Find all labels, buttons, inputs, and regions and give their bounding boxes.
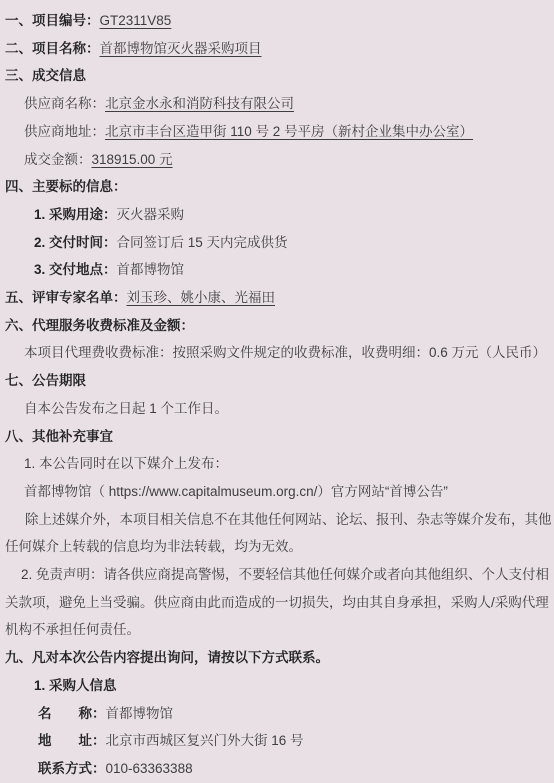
experts-value: 刘玉珍、姚小康、光福田 [127, 290, 276, 305]
media-release-item: 1. 本公告同时在以下媒介上发布： [24, 450, 552, 478]
project-number-row: 一、项目编号：GT2311V85 [5, 7, 552, 35]
notice-period-heading: 七、公告期限 [5, 367, 552, 395]
deal-info-heading: 三、成交信息 [5, 62, 552, 90]
agency-fee-text: 本项目代理费收费标准：按照采购文件规定的收费标准，收费明细：0.6 万元（人民币… [24, 339, 552, 367]
project-number-label: 一、项目编号： [5, 13, 100, 28]
announcement-document: 一、项目编号：GT2311V85 二、项目名称：首都博物馆灭火器采购项目 三、成… [0, 0, 554, 783]
supplier-name-label: 供应商名称： [24, 96, 105, 111]
notice-period-text: 自本公告发布之日起 1 个工作日。 [24, 395, 552, 423]
subject-info-heading: 四、主要标的信息： [5, 173, 552, 201]
project-name-row: 二、项目名称：首都博物馆灭火器采购项目 [5, 35, 552, 63]
reprint-disclaimer-paragraph: 除上述媒介外，本项目相关信息不在其他任何网站、论坛、报刊、杂志等媒介发布，其他任… [5, 506, 552, 561]
purchaser-phone-label: 联系方式： [38, 761, 106, 776]
project-name-value: 首都博物馆灭火器采购项目 [100, 41, 262, 56]
delivery-place-value: 首都博物馆 [117, 262, 185, 277]
delivery-place-item: 3. 交付地点：首都博物馆 [34, 256, 552, 284]
purchaser-address-label: 地 址： [38, 733, 106, 748]
purchaser-phone-value: 010-63363388 [106, 761, 193, 776]
purchaser-phone-row: 联系方式：010-63363388 [38, 755, 552, 783]
supplier-address-row: 供应商地址：北京市丰台区造甲街 110 号 2 号平房（新村企业集中办公室） [24, 118, 552, 146]
liability-disclaimer-paragraph: 2. 免责声明：请各供应商提高警惕，不要轻信其他任何媒介或者向其他组织、个人支付… [5, 561, 552, 644]
official-site-text: 首都博物馆（ https://www.capitalmuseum.org.cn/… [24, 478, 552, 506]
supplier-name-value: 北京金水永和消防科技有限公司 [105, 96, 294, 111]
project-name-label: 二、项目名称： [5, 41, 100, 56]
deal-amount-row: 成交金额：318915.00 元 [24, 146, 552, 174]
delivery-time-item: 2. 交付时间：合同签订后 15 天内完成供货 [34, 229, 552, 257]
agency-fee-heading: 六、代理服务收费标准及金额： [5, 312, 552, 340]
contact-section-heading: 九、凡对本次公告内容提出询问，请按以下方式联系。 [5, 644, 552, 672]
purchaser-name-value: 首都博物馆 [106, 706, 174, 721]
delivery-time-value: 合同签订后 15 天内完成供货 [117, 235, 288, 250]
purchaser-address-value: 北京市西城区复兴门外大街 16 号 [106, 733, 304, 748]
supplier-address-label: 供应商地址： [24, 124, 105, 139]
delivery-time-label: 2. 交付时间： [34, 235, 117, 250]
other-matters-heading: 八、其他补充事宜 [5, 423, 552, 451]
purchaser-name-label: 名 称： [38, 706, 106, 721]
experts-row: 五、评审专家名单：刘玉珍、姚小康、光福田 [5, 284, 552, 312]
purchase-use-item: 1. 采购用途：灭火器采购 [34, 201, 552, 229]
project-number-value: GT2311V85 [100, 13, 172, 28]
purchase-use-label: 1. 采购用途： [34, 207, 117, 222]
purchaser-address-row: 地 址：北京市西城区复兴门外大街 16 号 [38, 727, 552, 755]
supplier-name-row: 供应商名称：北京金水永和消防科技有限公司 [24, 90, 552, 118]
experts-label: 五、评审专家名单： [5, 290, 127, 305]
deal-amount-value: 318915.00 元 [92, 152, 173, 167]
purchaser-info-item: 1. 采购人信息 [34, 672, 552, 700]
supplier-address-value: 北京市丰台区造甲街 110 号 2 号平房（新村企业集中办公室） [105, 124, 473, 139]
purchase-use-value: 灭火器采购 [117, 207, 185, 222]
delivery-place-label: 3. 交付地点： [34, 262, 117, 277]
deal-amount-label: 成交金额： [24, 152, 92, 167]
purchaser-name-row: 名 称：首都博物馆 [38, 700, 552, 728]
